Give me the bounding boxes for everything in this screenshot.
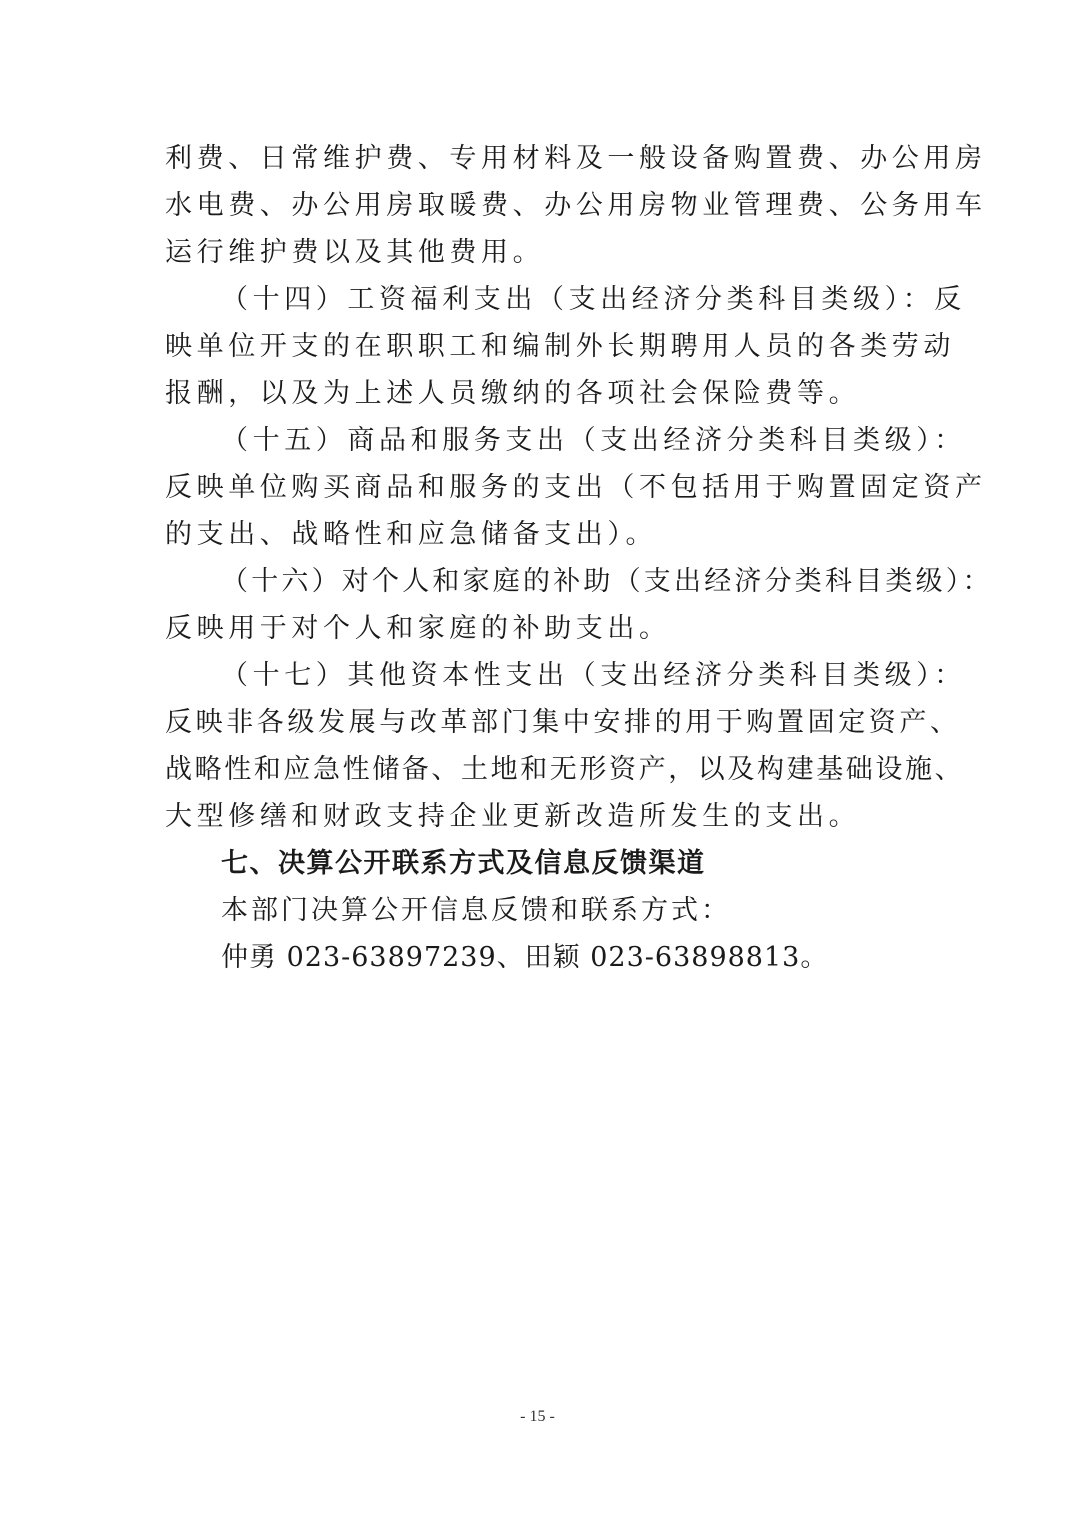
contact-details: 仲勇 023-63897239、田颖 023-63898813。 (165, 934, 915, 981)
page-number: - 15 - (0, 1408, 1075, 1426)
body-text-line: 战略性和应急性储备、土地和无形资产，以及构建基础设施、 (165, 746, 915, 793)
body-text-line: 映单位开支的在职职工和编制外长期聘用人员的各类劳动 (165, 323, 915, 370)
item15-title-line: （十五）商品和服务支出（支出经济分类科目类级）： (165, 417, 915, 464)
body-text-line: 水电费、办公用房取暖费、办公用房物业管理费、公务用车 (165, 182, 915, 229)
body-text-line: 大型修缮和财政支持企业更新改造所发生的支出。 (165, 793, 915, 840)
body-text-line: 的支出、战略性和应急储备支出）。 (165, 511, 915, 558)
body-text-line: 报酬，以及为上述人员缴纳的各项社会保险费等。 (165, 370, 915, 417)
body-text-line: 反映用于对个人和家庭的补助支出。 (165, 605, 915, 652)
item14-title-line: （十四）工资福利支出（支出经济分类科目类级）：反 (165, 276, 915, 323)
item17-title-line: （十七）其他资本性支出（支出经济分类科目类级）： (165, 652, 915, 699)
body-text-line: 反映非各级发展与改革部门集中安排的用于购置固定资产、 (165, 699, 915, 746)
contact-intro: 本部门决算公开信息反馈和联系方式： (165, 887, 915, 934)
item16-title-line: （十六）对个人和家庭的补助（支出经济分类科目类级）： (165, 558, 915, 605)
body-text-line: 运行维护费以及其他费用。 (165, 229, 915, 276)
body-text-line: 利费、日常维护费、专用材料及一般设备购置费、办公用房 (165, 135, 915, 182)
document-page: 利费、日常维护费、专用材料及一般设备购置费、办公用房 水电费、办公用房取暖费、办… (165, 135, 915, 981)
body-text-line: 反映单位购买商品和服务的支出（不包括用于购置固定资产 (165, 464, 915, 511)
section-heading: 七、决算公开联系方式及信息反馈渠道 (165, 840, 915, 887)
